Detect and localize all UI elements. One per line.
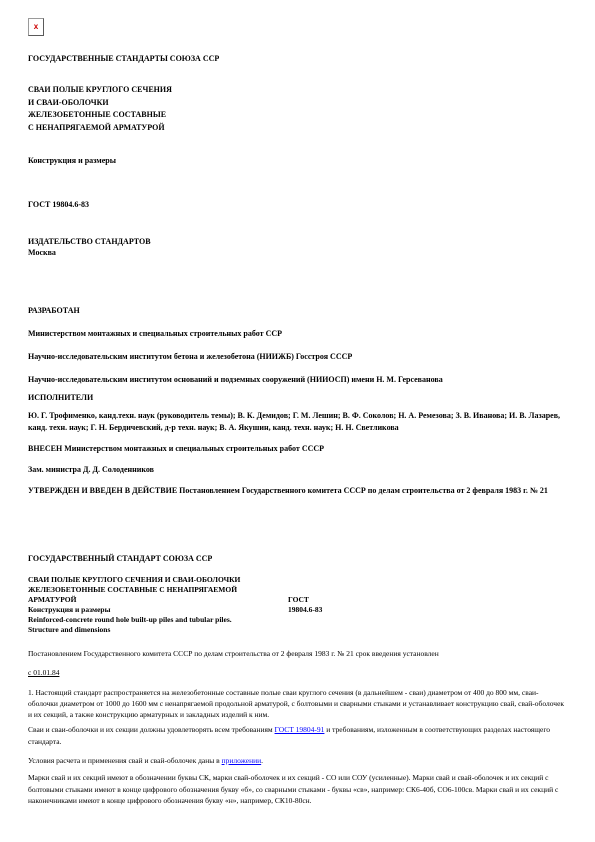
gost-19804-91-link[interactable]: ГОСТ 19804-91: [275, 725, 325, 734]
requirements-paragraph: Сваи и сваи-оболочки и их секции должны …: [28, 724, 567, 747]
publisher-name: ИЗДАТЕЛЬСТВО СТАНДАРТОВ: [28, 236, 567, 247]
annex-link[interactable]: приложении: [222, 756, 262, 765]
standard-title-block: СВАИ ПОЛЫЕ КРУГЛОГО СЕЧЕНИЯ И СВАИ-ОБОЛО…: [28, 575, 567, 635]
publisher-block: ИЗДАТЕЛЬСТВО СТАНДАРТОВ Москва: [28, 236, 567, 258]
doc-title: СВАИ ПОЛЫЕ КРУГЛОГО СЕЧЕНИЯ И СВАИ-ОБОЛО…: [28, 84, 567, 134]
doc-title-line: С НЕНАПРЯГАЕМОЙ АРМАТУРОЙ: [28, 122, 567, 135]
executors-heading: ИСПОЛНИТЕЛИ: [28, 392, 567, 403]
developed-by-line: Научно-исследовательским институтом бето…: [28, 351, 567, 362]
standard-title-en-line: Structure and dimensions: [28, 625, 288, 635]
gost-number: 19804.6-83: [288, 605, 322, 615]
scope-paragraph: 1. Настоящий стандарт распространяется н…: [28, 687, 567, 721]
developed-by-line: Научно-исследовательским институтом осно…: [28, 374, 567, 385]
developed-by-line: Министерством монтажных и специальных ст…: [28, 328, 567, 339]
marks-paragraph: Марки свай и их секций имеют в обозначен…: [28, 772, 567, 806]
standard-subtitle-ru: Конструкция и размеры: [28, 605, 288, 615]
document-page: x ГОСУДАРСТВЕННЫЕ СТАНДАРТЫ СОЮЗА ССР СВ…: [0, 0, 595, 842]
effective-date: с 01.01.84: [28, 667, 567, 678]
gost-number-top: ГОСТ 19804.6-83: [28, 199, 567, 210]
doc-title-line: ЖЕЛЕЗОБЕТОННЫЕ СОСТАВНЫЕ: [28, 109, 567, 122]
submitted-text: ВНЕСЕН Министерством монтажных и специал…: [28, 443, 567, 454]
standard-title-ru-line: СВАИ ПОЛЫЕ КРУГЛОГО СЕЧЕНИЯ И СВАИ-ОБОЛО…: [28, 575, 288, 585]
enactment-text: Постановлением Государственного комитета…: [28, 648, 567, 659]
org-header: ГОСУДАРСТВЕННЫЕ СТАНДАРТЫ СОЮЗА ССР: [28, 53, 567, 64]
standard-gost-designation: ГОСТ 19804.6-83: [288, 575, 322, 635]
gost-label: ГОСТ: [288, 595, 322, 605]
developed-heading: РАЗРАБОТАН: [28, 305, 567, 316]
requirements-prefix: Сваи и сваи-оболочки и их секции должны …: [28, 725, 275, 734]
executors-text: Ю. Г. Трофименко, канд.техн. наук (руков…: [28, 410, 567, 434]
doc-title-line: СВАИ ПОЛЫЕ КРУГЛОГО СЕЧЕНИЯ: [28, 84, 567, 97]
approved-text: УТВЕРЖДЕН И ВВЕДЕН В ДЕЙСТВИЕ Постановле…: [28, 485, 567, 497]
conditions-prefix: Условия расчета и применения свай и свай…: [28, 756, 222, 765]
state-standard-heading: ГОСУДАРСТВЕННЫЙ СТАНДАРТ СОЮЗА ССР: [28, 553, 567, 564]
standard-title-left: СВАИ ПОЛЫЕ КРУГЛОГО СЕЧЕНИЯ И СВАИ-ОБОЛО…: [28, 575, 288, 635]
conditions-suffix: .: [261, 756, 263, 765]
publisher-city: Москва: [28, 247, 567, 258]
conditions-paragraph: Условия расчета и применения свай и свай…: [28, 755, 567, 766]
broken-image-icon: x: [28, 18, 44, 36]
standard-title-ru-line: ЖЕЛЕЗОБЕТОННЫЕ СОСТАВНЫЕ С НЕНАПРЯГАЕМОЙ: [28, 585, 288, 595]
doc-subtitle: Конструкция и размеры: [28, 155, 567, 166]
standard-title-ru-line: АРМАТУРОЙ: [28, 595, 288, 605]
deputy-minister-text: Зам. министра Д. Д. Солоденников: [28, 464, 567, 475]
standard-title-en-line: Reinforced-concrete round hole built-up …: [28, 615, 288, 625]
broken-image-x-glyph: x: [34, 23, 38, 31]
doc-title-line: И СВАИ-ОБОЛОЧКИ: [28, 97, 567, 110]
